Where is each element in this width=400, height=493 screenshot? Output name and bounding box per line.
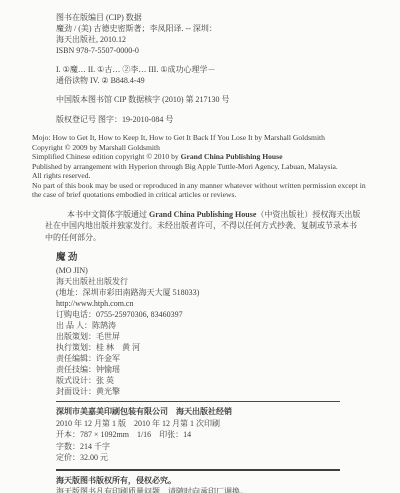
rights-notice-block: 海天版图书版权所有，侵权必究。 海天版图书凡有印刷质量问题，请随时向承印厂调换。 — [56, 475, 400, 493]
credit-value: 张 英 — [96, 376, 114, 385]
authorization-paragraph: 本书中文简体字版通过 Grand China Publishing House（… — [45, 209, 362, 244]
credit-technical-editor: 责任技编：钟愉瑶 — [56, 364, 400, 375]
english-simplified-line: Simplified Chinese edition copyright © 2… — [32, 152, 372, 162]
credit-label: 版式设计： — [56, 376, 96, 385]
cip-title-line: 魔劲 / (美) 古德史密斯著；李凤阳译. -- 深圳： — [56, 23, 400, 34]
credit-label: 出版策划： — [56, 332, 96, 341]
credit-cover-designer: 封面设计：黄光擎 — [56, 386, 400, 397]
credit-layout-designer: 版式设计：张 英 — [56, 375, 400, 386]
printer-line: 深圳市美嘉美印刷包装有限公司 海天出版社经销 — [56, 406, 400, 418]
price-line: 定价：32.00 元 — [56, 452, 400, 464]
book-info-block: 魔 劲 (MO JIN) 海天出版社出版发行 (地址：深圳市彩田南路海天大厦 5… — [56, 252, 400, 397]
grand-china-name: Grand China Publishing House — [149, 210, 256, 219]
wordcount-line: 字数：214 千字 — [56, 441, 400, 453]
cip-heading: 图书在版编目 (CIP) 数据 — [56, 12, 400, 23]
book-title-pinyin: (MO JIN) — [56, 265, 400, 276]
divider-rule-thin — [56, 401, 340, 402]
copyright-page: 图书在版编目 (CIP) 数据 魔劲 / (美) 古德史密斯著；李凤阳译. --… — [0, 0, 400, 493]
simplified-line-prefix: Simplified Chinese edition copyright © 2… — [32, 152, 181, 161]
quality-exchange-line: 海天版图书凡有印刷质量问题，请随时向承印厂调换。 — [56, 486, 400, 493]
grand-china-name: Grand China Publishing House — [181, 152, 283, 161]
authorization-prefix: 本书中文简体字版通过 — [67, 210, 149, 219]
english-rights-line: All rights reserved. — [32, 171, 372, 181]
credit-publishing-planner: 出版策划：毛世屏 — [56, 331, 400, 342]
rights-reserved-line: 海天版图书版权所有，侵权必究。 — [56, 475, 400, 486]
credit-label: 执行策划： — [56, 343, 96, 352]
publish-line: 海天出版社出版发行 — [56, 276, 400, 287]
credit-value: 许金军 — [96, 354, 120, 363]
divider-rule-thick — [56, 469, 340, 471]
cip-isbn-line: ISBN 978-7-5507-0000-0 — [56, 45, 400, 56]
credit-value: 黄光擎 — [96, 387, 120, 396]
credit-value: 桂 林 黄 河 — [96, 343, 140, 352]
credit-responsible-editor: 责任编辑：许金军 — [56, 353, 400, 364]
cip-block: 图书在版编目 (CIP) 数据 魔劲 / (美) 古德史密斯著；李凤阳译. --… — [56, 12, 400, 125]
credit-producer: 出 品 人：陈鹄涛 — [56, 320, 400, 331]
english-copyright-block: Mojo: How to Get It, How to Keep It, How… — [32, 133, 372, 200]
credit-label: 责任编辑： — [56, 354, 96, 363]
edition-line: 2010 年 12 月第 1 版 2010 年 12 月第 1 次印刷 — [56, 418, 400, 430]
publisher-address: (地址：深圳市彩田南路海天大厦 518033) — [56, 287, 400, 298]
credit-executive-planner: 执行策划：桂 林 黄 河 — [56, 342, 400, 353]
english-nopart-line: No part of this book may be used or repr… — [32, 181, 372, 200]
printing-block: 深圳市美嘉美印刷包装有限公司 海天出版社经销 2010 年 12 月第 1 版 … — [56, 406, 400, 464]
publisher-website: http://www.htph.com.cn — [56, 298, 400, 309]
credit-label: 封面设计： — [56, 387, 96, 396]
cip-class-line-2: 通俗读物 IV. ② B848.4-49 — [56, 75, 400, 86]
cip-publisher-line: 海天出版社, 2010.12 — [56, 34, 400, 45]
format-line: 开本：787 × 1092mm 1/16 印张：14 — [56, 429, 400, 441]
book-title-cn: 魔 劲 — [56, 252, 400, 265]
credit-label: 出 品 人： — [56, 321, 92, 330]
cip-record-line: 中国版本图书馆 CIP 数据核字 (2010) 第 217130 号 — [56, 94, 400, 105]
credit-value: 钟愉瑶 — [96, 365, 120, 374]
cip-registration-line: 版权登记号 图字：19-2010-084 号 — [56, 114, 400, 125]
english-title-line: Mojo: How to Get It, How to Keep It, How… — [32, 133, 372, 143]
english-arrangement-line: Published by arrangement with Hyperion t… — [32, 162, 372, 172]
cip-class-line-1: I. ①魔… II. ①古… ②李… III. ①成功心理学－ — [56, 64, 400, 75]
english-copyright-line: Copyright © 2009 by Marshall Goldsmith — [32, 143, 372, 153]
credit-label: 责任技编： — [56, 365, 96, 374]
credit-value: 毛世屏 — [96, 332, 120, 341]
order-phone: 订购电话：0755-25970306, 83460397 — [56, 309, 400, 320]
credit-value: 陈鹄涛 — [92, 321, 116, 330]
